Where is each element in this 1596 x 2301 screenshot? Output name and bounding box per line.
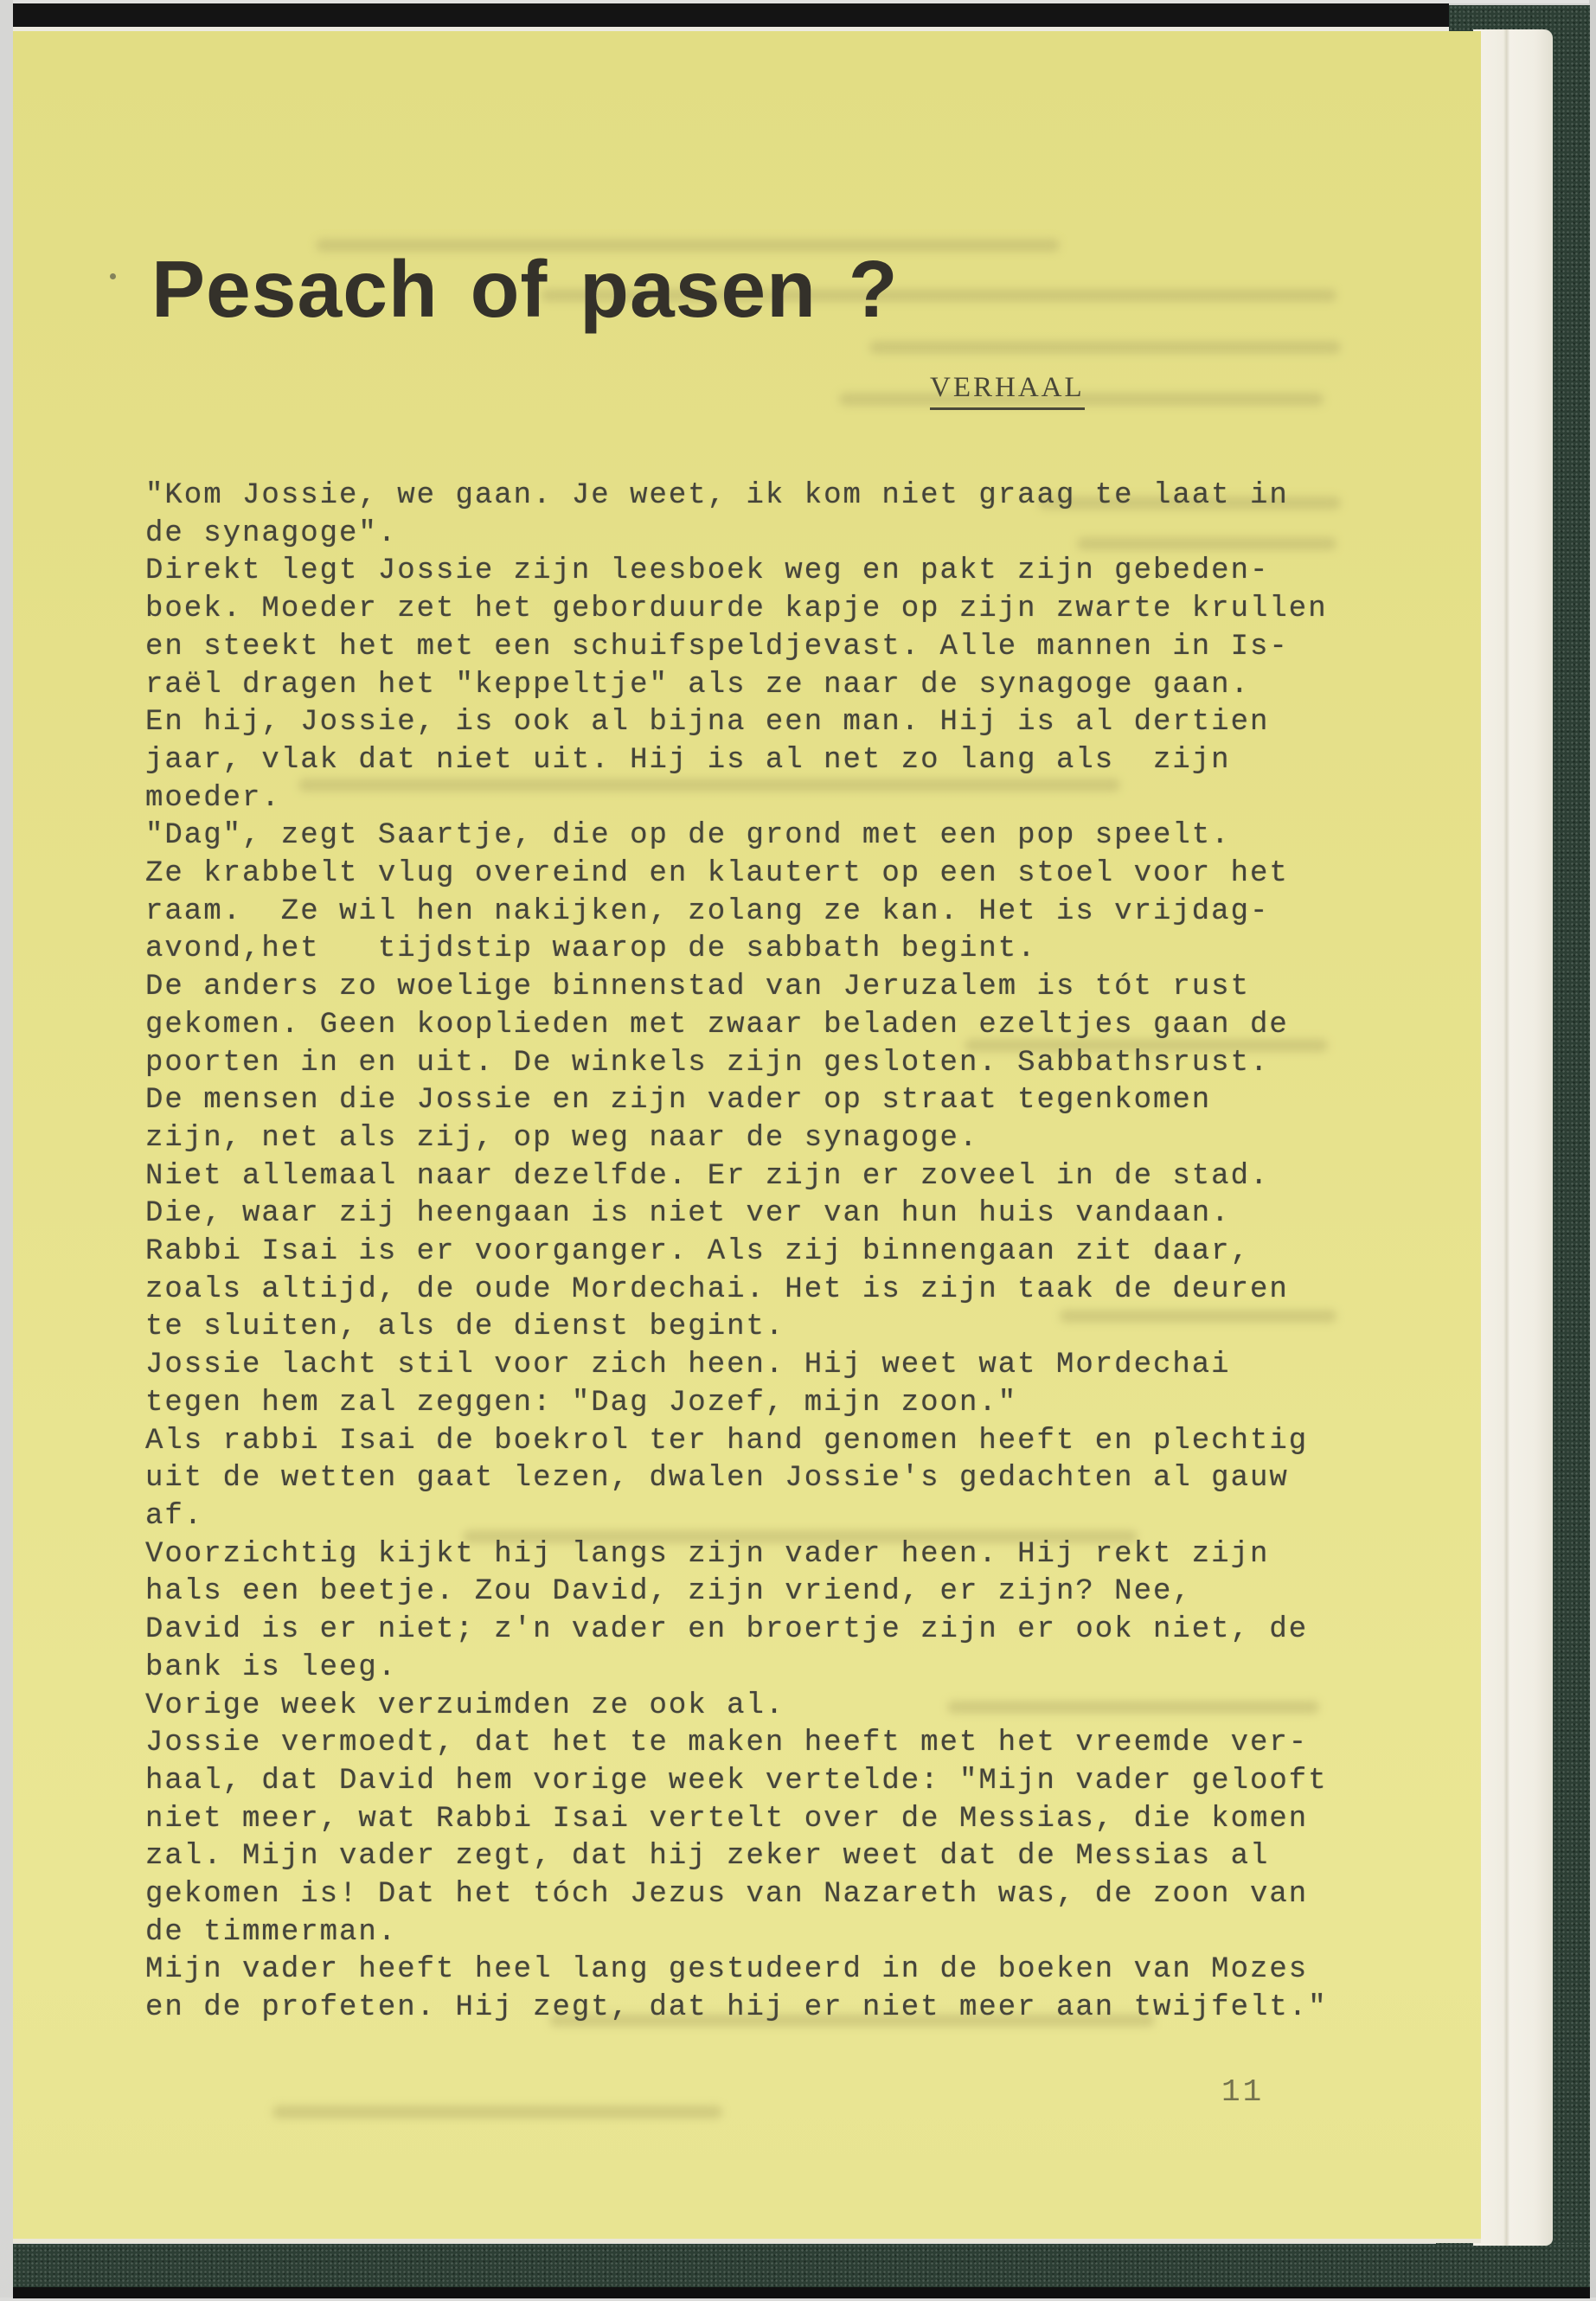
story-text: "Kom Jossie, we gaan. Je weet, ik kom ni…	[145, 478, 1426, 2028]
scan-black-bar-bottom	[13, 2287, 1590, 2298]
section-label-verhaal: VERHAAL	[930, 372, 1085, 410]
book-cover-cloth-bottom	[13, 2244, 1590, 2288]
scan-edge-left	[0, 0, 13, 2301]
scanned-book-page: Pesach of pasen ? VERHAAL "Kom Jossie, w…	[0, 0, 1596, 2301]
scan-edge-right	[1589, 0, 1596, 2301]
page-title: Pesach of pasen ?	[151, 249, 899, 330]
scan-black-bar-top	[13, 3, 1449, 27]
page-number: 11	[1221, 2074, 1264, 2110]
page-stack-fore-edge	[1473, 29, 1553, 2246]
paper-speck	[110, 273, 116, 279]
